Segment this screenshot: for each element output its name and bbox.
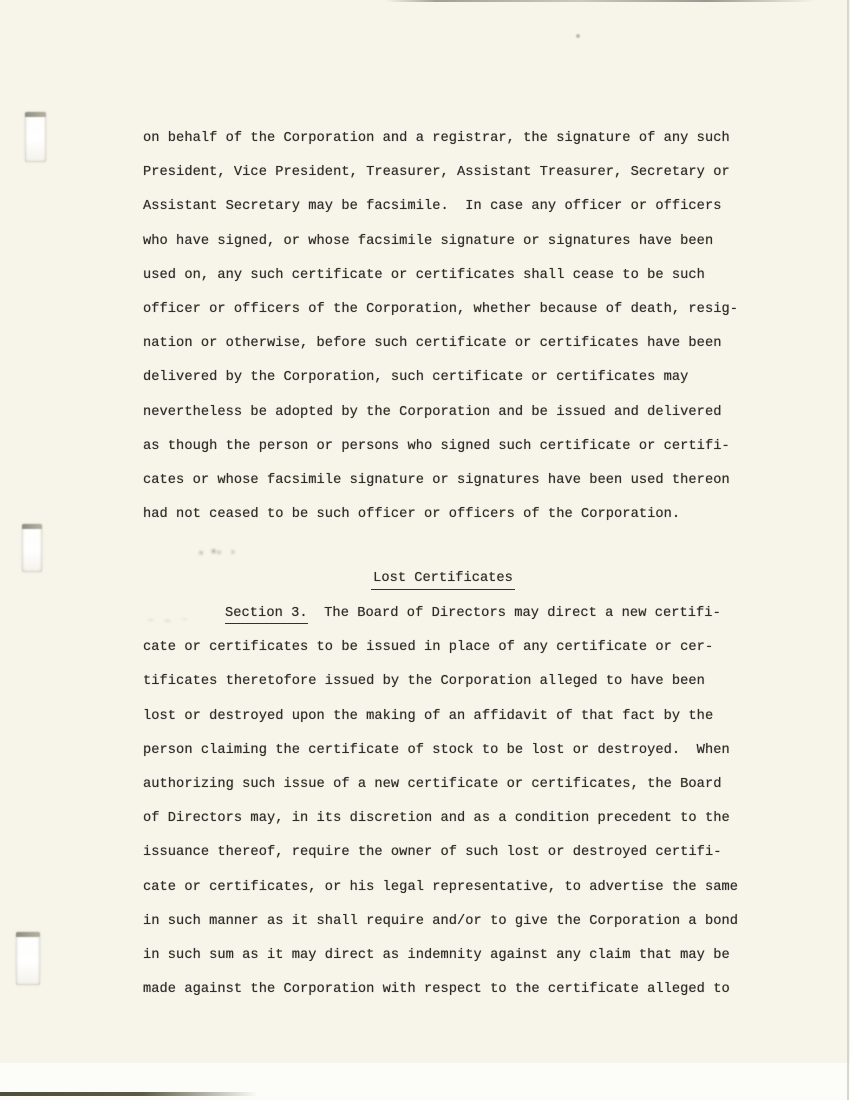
text-line: cate or certificates to be issued in pla… [143,631,755,665]
text-line: Section 3. The Board of Directors may di… [143,597,755,631]
scan-edge-right [847,0,849,1100]
punch-hole [22,524,42,572]
ink-smudge [196,548,238,556]
section-3-paragraph: Section 3. The Board of Directors may di… [143,597,755,1007]
punch-hole [16,932,40,985]
text-line: who have signed, or whose facsimile sign… [143,225,755,259]
text-line: authorizing such issue of a new certific… [143,768,755,802]
text-line: issuance thereof, require the owner of s… [143,836,755,870]
text-line: cates or whose facsimile signature or si… [143,464,755,498]
text-line: in such manner as it shall require and/o… [143,905,755,939]
punch-hole [25,112,46,162]
scan-speck [576,34,580,38]
document-page: on behalf of the Corporation and a regis… [0,0,850,1100]
text-line: President, Vice President, Treasurer, As… [143,156,755,190]
scan-edge-top [385,0,815,2]
section-heading-text: Lost Certificates [371,571,515,590]
text-line: cate or certificates, or his legal repre… [143,871,755,905]
section-3-label: Section 3. [225,606,308,624]
punch-hole-shadow [22,524,42,529]
text-line: as though the person or persons who sign… [143,430,755,464]
section-heading: Lost Certificates [143,562,743,596]
text-line: Assistant Secretary may be facsimile. In… [143,190,755,224]
punch-hole-shadow [16,932,40,937]
punch-hole-shadow [25,112,46,117]
text-line: of Directors may, in its discretion and … [143,802,755,836]
text-line: on behalf of the Corporation and a regis… [143,122,755,156]
scan-edge-bottom-left [0,1092,258,1096]
text-line: had not ceased to be such officer or off… [143,498,755,532]
text-line: used on, any such certificate or certifi… [143,259,755,293]
text-line: nation or otherwise, before such certifi… [143,327,755,361]
section-3-first-line-text: The Board of Directors may direct a new … [308,606,721,621]
text-line: lost or destroyed upon the making of an … [143,700,755,734]
paragraph-continuation: on behalf of the Corporation and a regis… [143,122,755,532]
text-line: in such sum as it may direct as indemnit… [143,939,755,973]
text-line: nevertheless be adopted by the Corporati… [143,396,755,430]
text-line: delivered by the Corporation, such certi… [143,361,755,395]
text-line: person claiming the certificate of stock… [143,734,755,768]
text-line: made against the Corporation with respec… [143,973,755,1007]
text-line: tificates theretofore issued by the Corp… [143,665,755,699]
text-line: officer or officers of the Corporation, … [143,293,755,327]
